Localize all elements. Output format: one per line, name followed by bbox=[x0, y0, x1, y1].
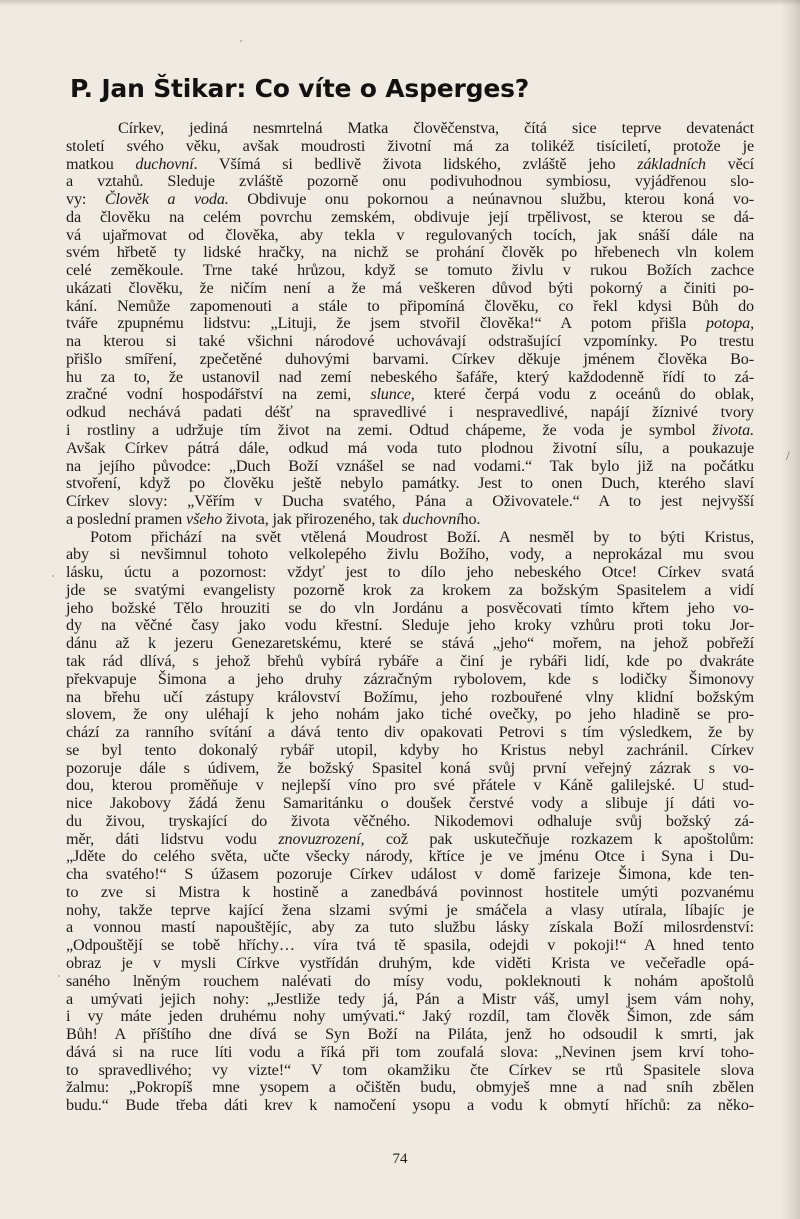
text-line: tak rád dlívá, s jehož břehů vybírá rybá… bbox=[66, 653, 754, 671]
text-line: jde se svatými evangelisty pozorně krok … bbox=[66, 582, 754, 600]
text-line: „Jděte do celého světa, učte všecky náro… bbox=[66, 848, 754, 866]
text-line: lásku, úctu a pozornost: vždyť jest to d… bbox=[66, 564, 754, 582]
text-line: dy na věčné časy jako vodu křestní. Sled… bbox=[66, 617, 754, 635]
text-line: „Odpouštějí se tobě hříchy… víra tvá tě … bbox=[66, 937, 754, 955]
text-line: aby si nevšimnul tohoto velkolepého živl… bbox=[66, 546, 754, 564]
page-number: 74 bbox=[0, 1151, 800, 1168]
paper-speck bbox=[240, 40, 242, 42]
text-line: da člověku na celém povrchu zemském, obd… bbox=[66, 209, 754, 227]
text-line: přišlo smíření, zpečetěné duhovými barva… bbox=[66, 351, 754, 369]
text-line: vy: Člověk a voda. Obdivuje onu pokornou… bbox=[66, 191, 754, 209]
paper-speck bbox=[58, 975, 60, 977]
text-line: slovem, že ony uléhají k jeho nohám jako… bbox=[66, 706, 754, 724]
text-line: Bůh! A příštího dne dívá se Syn Boží na … bbox=[66, 1026, 754, 1044]
text-line: chází za ranního svítání a dává tento di… bbox=[66, 724, 754, 742]
margin-pencil-mark: / bbox=[786, 450, 796, 462]
text-line: stvoření, když po člověku ještě nebylo p… bbox=[66, 475, 754, 493]
article-body: Církev, jediná nesmrtelná Matka člověčen… bbox=[66, 120, 754, 1115]
text-line: nice Jakobovy žádá ženu Samaritánku o do… bbox=[66, 795, 754, 813]
text-line: se byl tento dokonalý rybář utopil, kdyb… bbox=[66, 742, 754, 760]
text-line: ukázati člověku, že ničím není a že má v… bbox=[66, 280, 754, 298]
article-title: P. Jan Štikar: Co víte o Asperges? bbox=[70, 74, 529, 103]
text-line: celé zeměkoule. Trne také hrůzou, když s… bbox=[66, 262, 754, 280]
text-line: na kterou si také všichni národové uchov… bbox=[66, 333, 754, 351]
text-line: a umývati jejich nohy: „Jestliže tedy já… bbox=[66, 991, 754, 1009]
text-line: budu.“ Bude třeba dáti krev k namočení y… bbox=[66, 1097, 754, 1115]
text-line: Církev, jediná nesmrtelná Matka člověčen… bbox=[66, 120, 754, 138]
scanned-page: P. Jan Štikar: Co víte o Asperges? Círke… bbox=[0, 0, 800, 1219]
text-line: dánu až k jezeru Genezaretskému, které s… bbox=[66, 635, 754, 653]
text-line: dou, kterou proměňuje v nejlepší víno pr… bbox=[66, 777, 754, 795]
text-line: zračné vodní hospodářství na zemi, slunc… bbox=[66, 386, 754, 404]
text-line: tváře zpupnému lidstvu: „Lituji, že jsem… bbox=[66, 315, 754, 333]
text-line: i rostliny a udržuje tím život na zemi. … bbox=[66, 422, 754, 440]
text-line: žalmu: „Pokropíš mne ysopem a očištěn bu… bbox=[66, 1079, 754, 1097]
text-line: a vonnou mastí napouštějíc, aby za tuto … bbox=[66, 919, 754, 937]
text-line: svém hřbetě ty lidské hračky, na nichž s… bbox=[66, 244, 754, 262]
text-line: odkud nechává padati déšť na spravedlivé… bbox=[66, 404, 754, 422]
text-line: vá ujařmovat od člověka, aby tekla v reg… bbox=[66, 227, 754, 245]
text-line: pozoruje dále s údivem, že božský Spasit… bbox=[66, 760, 754, 778]
text-line: i vy máte jeden druhému nohy umývati.“ J… bbox=[66, 1008, 754, 1026]
text-line: Potom přichází na svět vtělená Moudrost … bbox=[66, 529, 754, 547]
text-line: cha svatého!“ S úžasem pozoruje Církev u… bbox=[66, 866, 754, 884]
text-line: a vztahů. Sleduje zvláště pozorně onu po… bbox=[66, 173, 754, 191]
text-line: saného lněným rouchem nalévati do mísy v… bbox=[66, 973, 754, 991]
text-line: měr, dáti lidstvu vodu znovuzrození, což… bbox=[66, 831, 754, 849]
text-line: du živou, tryskající do života věčného. … bbox=[66, 813, 754, 831]
text-line: na břehu učí zástupy království Božímu, … bbox=[66, 689, 754, 707]
text-line: kání. Nemůže zapomenouti a stále to přip… bbox=[66, 298, 754, 316]
text-line: jeho božské Tělo hrouziti se do vln Jord… bbox=[66, 600, 754, 618]
text-line: matkou duchovní. Všímá si bedlivě života… bbox=[66, 156, 754, 174]
text-line: dává si na ruce líti vodu a říká při tom… bbox=[66, 1044, 754, 1062]
text-line: to zve si Mistra k hostině a zanedbává p… bbox=[66, 884, 754, 902]
text-line: a poslední pramen všeho života, jak přir… bbox=[66, 511, 754, 529]
text-line: to spravedlivého; vy vizte!“ V tom okamž… bbox=[66, 1062, 754, 1080]
text-line: Avšak Církev pátrá dále, odkud má voda t… bbox=[66, 440, 754, 458]
text-line: obraz je v mysli Církve vystřídán druhým… bbox=[66, 955, 754, 973]
paper-speck bbox=[52, 575, 54, 577]
text-line: století svého věku, avšak moudrosti živo… bbox=[66, 138, 754, 156]
text-line: hu za to, že ustanovil nad zemí nebeskéh… bbox=[66, 369, 754, 387]
text-line: překvapuje Šimona a jeho druhy zázračným… bbox=[66, 671, 754, 689]
text-line: na jejího původce: „Duch Boží vznášel se… bbox=[66, 458, 754, 476]
text-line: nohy, takže teprve kající žena slzami sv… bbox=[66, 902, 754, 920]
text-line: Církev slovy: „Věřím v Ducha svatého, Pá… bbox=[66, 493, 754, 511]
